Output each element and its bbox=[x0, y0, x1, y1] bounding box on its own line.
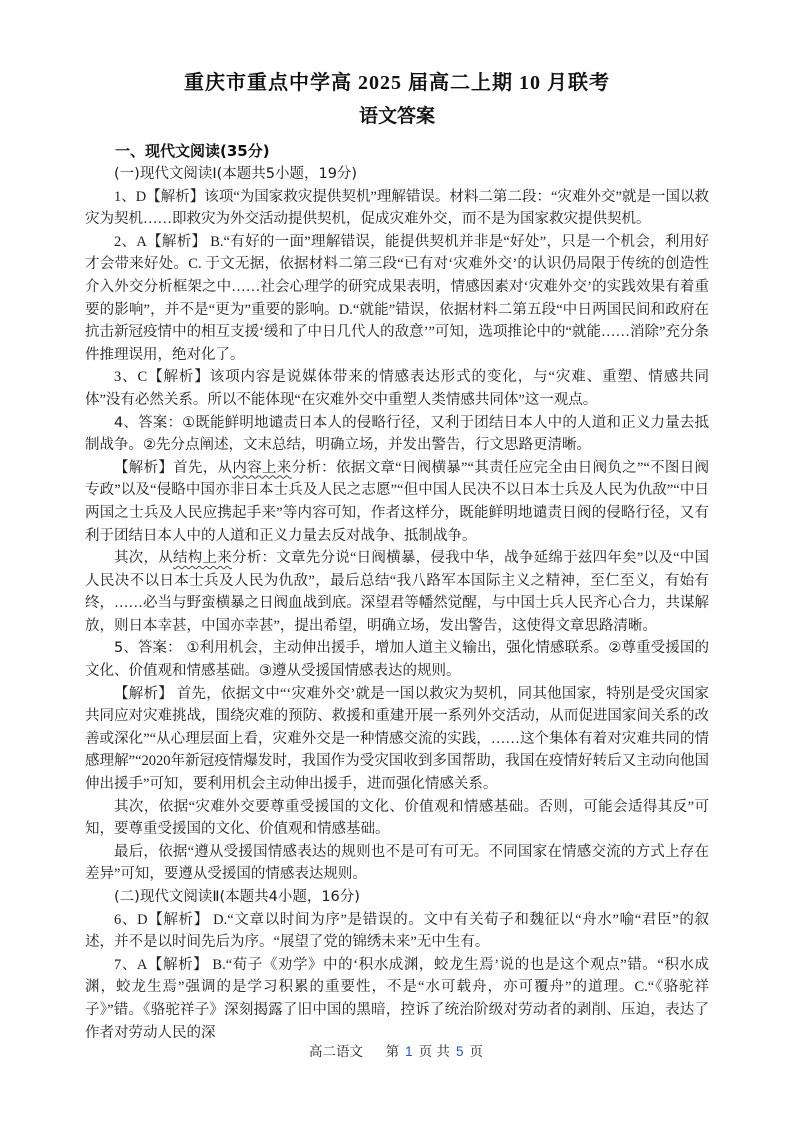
document-content: 重庆市重点中学高 2025 届高二上期 10 月联考 语文答案 一、现代文阅读(… bbox=[85, 70, 709, 1044]
spellcheck-wavy-underline: 结构上来 bbox=[173, 550, 232, 566]
q1-analysis-paragraph: 1、D【解析】该项“为国家救灾提供契机”理解错误。材料二第二段：“灾难外交”就是… bbox=[85, 186, 709, 231]
q5-analysis-paragraph-3: 最后，依据“遵从受援国情感表达的规则也不是可有可无。不同国家在情感交流的方式上存… bbox=[85, 841, 709, 886]
q4-analysis-paragraph-2: 其次，从结构上来分析：文章先分说“日阀横暴，侵我中华，战争延绵于兹四年矣”以及“… bbox=[85, 547, 709, 637]
footer-label-of: 页 共 bbox=[419, 1044, 450, 1060]
q3-analysis-paragraph: 3、C【解析】该项内容是说媒体带来的情感表达形式的变化，与“灾难、重塑、情感共同… bbox=[85, 366, 709, 411]
q5-analysis-paragraph-2: 其次，依据“灾难外交要尊重受援国的文化、价值观和情感基础。否则，可能会适得其反”… bbox=[85, 796, 709, 841]
document-subtitle: 语文答案 bbox=[85, 104, 709, 128]
footer-course-label: 高二语文 bbox=[309, 1044, 363, 1060]
footer-label-pages: 页 bbox=[469, 1044, 483, 1060]
spellcheck-wavy-underline: 内容上来 bbox=[232, 460, 291, 476]
footer-page-number: 1 bbox=[405, 1044, 413, 1059]
part2-heading: (二)现代文阅读Ⅱ(本题共4小题，16分) bbox=[85, 886, 709, 909]
q4-answer-paragraph: 4、答案：①既能鲜明地谴责日本人的侵略行径，又利于团结日本人中的人道和正义力量去… bbox=[85, 412, 709, 457]
q5-analysis-paragraph-1: 【解析】 首先，依据文中“‘灾难外交’就是一国以救灾为契机，同其他国家，特别是受… bbox=[85, 683, 709, 796]
q5-answer-paragraph: 5、答案： ①利用机会，主动伸出援手，增加人道主义输出，强化情感联系。②尊重受援… bbox=[85, 637, 709, 682]
document-page: 重庆市重点中学高 2025 届高二上期 10 月联考 语文答案 一、现代文阅读(… bbox=[0, 0, 793, 1122]
section-heading-modern-reading: 一、现代文阅读(35分) bbox=[85, 140, 709, 163]
footer-label-page: 第 bbox=[386, 1044, 400, 1060]
exam-title: 重庆市重点中学高 2025 届高二上期 10 月联考 bbox=[85, 70, 709, 96]
q4-analysis-1-pre: 【解析】首先，从 bbox=[114, 460, 232, 476]
q2-analysis-paragraph: 2、A【解析】 B.“有好的一面”理解错误，能提供契机并非是“好处”，只是一个机… bbox=[85, 231, 709, 367]
q7-analysis-paragraph: 7、A【解析】 B.“荀子《劝学》中的‘积水成渊，蛟龙生焉’说的也是这个观点”错… bbox=[85, 954, 709, 1044]
q6-analysis-paragraph: 6、D【解析】 D.“文章以时间为序”是错误的。文中有关荀子和魏征以“舟水”喻“… bbox=[85, 909, 709, 954]
q4-analysis-paragraph-1: 【解析】首先，从内容上来分析：依据文章“日阀横暴”“其责任应完全由日阀负之”“不… bbox=[85, 457, 709, 547]
footer-total-pages: 5 bbox=[456, 1044, 464, 1059]
part1-heading: (一)现代文阅读Ⅰ(本题共5小题，19分) bbox=[85, 163, 709, 186]
page-footer: 高二语文第1页 共5页 bbox=[0, 1042, 793, 1062]
q4-analysis-2-pre: 其次，从 bbox=[114, 550, 173, 566]
